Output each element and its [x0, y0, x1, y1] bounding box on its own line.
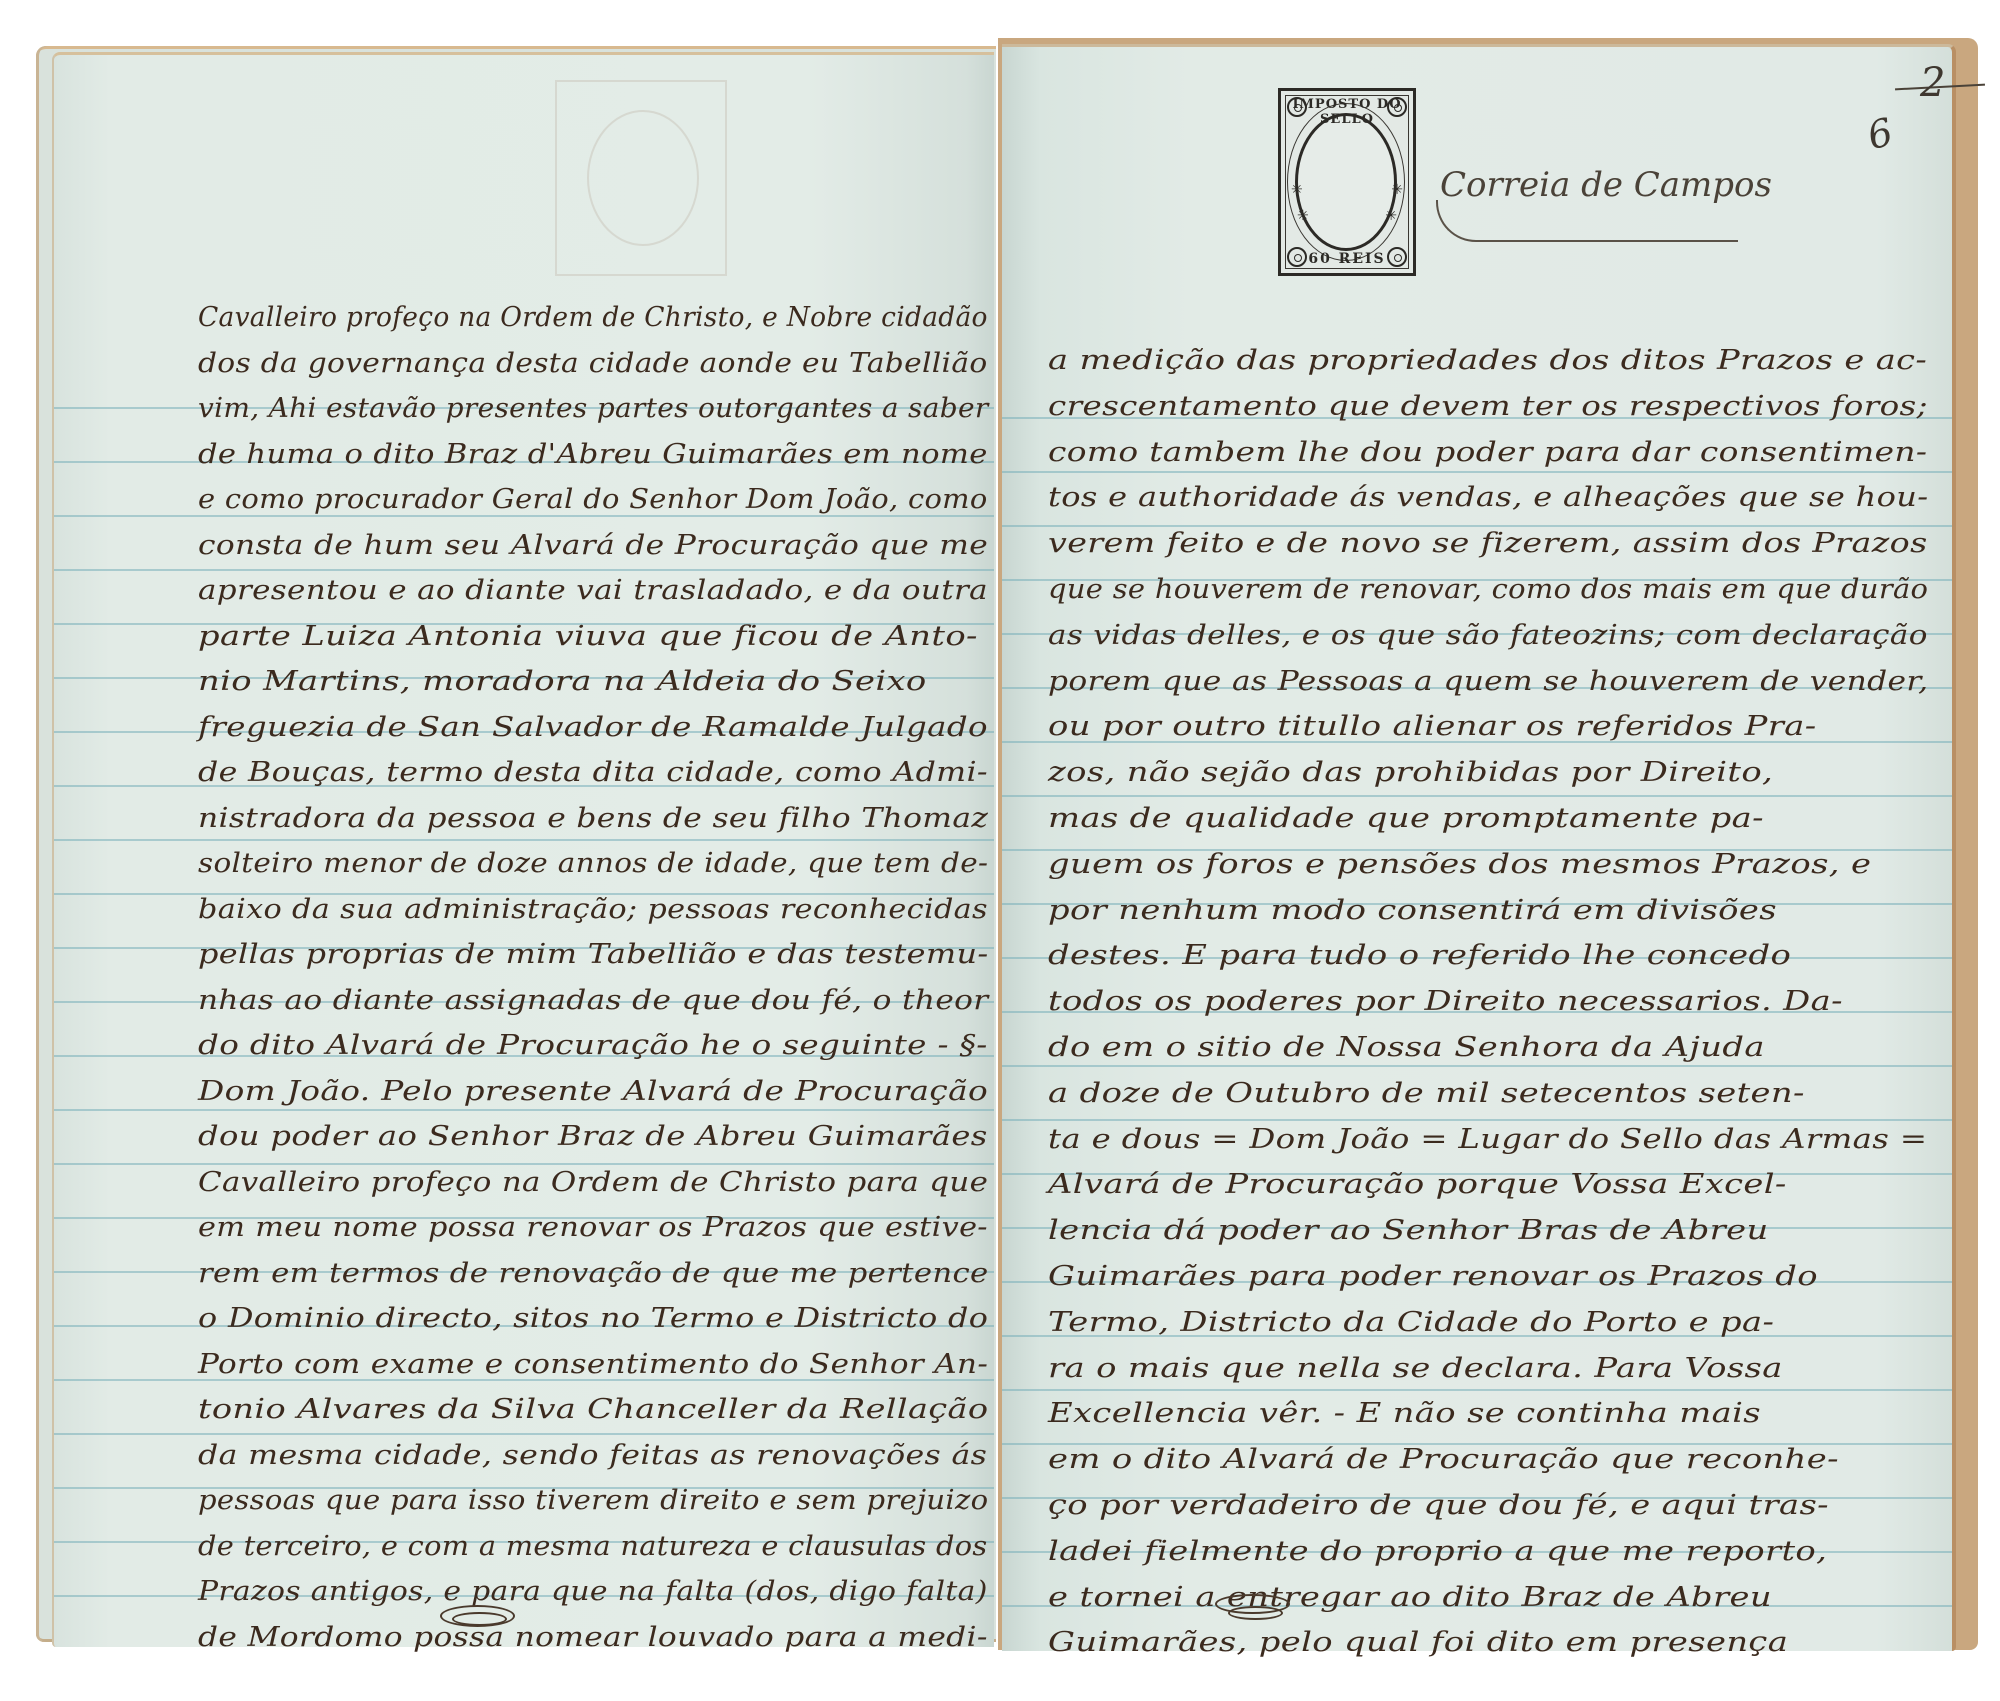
handwritten-line: e tornei a entregar ao dito Braz de Abre… [1048, 1582, 1772, 1613]
folio-number: 2 [1920, 60, 1945, 106]
handwritten-line: a medição das propriedades dos ditos Pra… [1048, 345, 1927, 376]
handwritten-line: mas de qualidade que promptamente pa- [1048, 803, 1764, 834]
handwritten-line: e como procurador Geral do Senhor Dom Jo… [198, 484, 988, 515]
handwritten-line: lencia dá poder ao Senhor Bras de Abreu [1048, 1215, 1769, 1246]
handwritten-line: verem feito e de novo se fizerem, assim … [1048, 528, 1928, 559]
handwritten-line: Termo, Districto da Cidade do Porto e pa… [1048, 1307, 1774, 1338]
handwritten-line: solteiro menor de doze annos de idade, q… [198, 848, 988, 879]
handwritten-line: vim, Ahi estavão presentes partes outorg… [198, 393, 989, 424]
star-icon: ✳ [1291, 183, 1303, 197]
handwritten-line: nio Martins, moradora na Aldeia do Seixo [198, 666, 927, 697]
handwritten-line: que se houverem de renovar, como dos mai… [1048, 574, 1928, 605]
open-manuscript-book: ✳ ✳ ✳ ✳ IMPOSTO DO SELLO 60 REIS Correia… [0, 0, 2000, 1701]
end-flourish-icon [1228, 1606, 1283, 1620]
handwritten-line: porem que as Pessoas a quem se houverem … [1048, 666, 1928, 697]
handwritten-line: Porto com exame e consentimento do Senho… [198, 1349, 988, 1380]
handwritten-line: em meu nome possa renovar os Prazos que … [198, 1212, 988, 1243]
handwritten-line: tos e authoridade ás vendas, e alheações… [1048, 482, 1928, 513]
star-icon: ✳ [1297, 209, 1309, 223]
handwritten-line: a doze de Outubro de mil setecentos sete… [1048, 1078, 1805, 1109]
handwritten-line: todos os poderes por Direito necessarios… [1048, 986, 1843, 1017]
handwritten-line: o Dominio directo, sitos no Termo e Dist… [198, 1303, 988, 1334]
handwritten-line: de Bouças, termo desta dita cidade, como… [198, 757, 988, 788]
handwritten-line: dos da governança desta cidade aonde eu … [198, 348, 988, 379]
handwritten-line: do dito Alvará de Procuração he o seguin… [198, 1030, 988, 1061]
handwritten-line: rem em termos de renovação de que me per… [198, 1258, 989, 1289]
handwritten-line: crescentamento que devem ter os respecti… [1048, 391, 1928, 422]
handwritten-line: as vidas delles, e os que são fateozins;… [1048, 620, 1928, 651]
handwritten-line: freguezia de San Salvador de Ramalde Jul… [198, 712, 988, 743]
handwritten-line: de huma o dito Braz d'Abreu Guimarães em… [198, 439, 988, 470]
handwritten-line: guem os foros e pensões dos mesmos Prazo… [1048, 849, 1871, 880]
handwritten-line: Cavalleiro profeço na Ordem de Christo, … [198, 302, 988, 333]
handwritten-line: do em o sitio de Nossa Senhora da Ajuda [1048, 1032, 1765, 1063]
star-icon: ✳ [1391, 183, 1403, 197]
handwritten-line: nistradora da pessoa e bens de seu filho… [198, 803, 988, 834]
handwritten-line: de terceiro, e com a mesma natureza e cl… [198, 1531, 987, 1562]
handwritten-line: ço por verdadeiro de que dou fé, e aqui … [1048, 1490, 1829, 1521]
handwritten-line: Dom João. Pelo presente Alvará de Procur… [198, 1076, 988, 1107]
handwritten-line: Guimarães, pelo qual foi dito em presenç… [1048, 1627, 1788, 1658]
handwritten-line: dou poder ao Senhor Braz de Abreu Guimar… [198, 1121, 988, 1152]
handwritten-line: destes. E para tudo o referido lhe conce… [1048, 940, 1791, 971]
handwritten-line: parte Luiza Antonia viuva que ficou de A… [198, 621, 978, 652]
handwritten-line: Guimarães para poder renovar os Prazos d… [1048, 1261, 1818, 1292]
star-icon: ✳ [1385, 209, 1397, 223]
handwritten-line: pessoas que para isso tiverem direito e … [198, 1485, 988, 1516]
handwritten-line: ra o mais que nella se declara. Para Vos… [1048, 1353, 1783, 1384]
signature: Correia de Campos [1440, 165, 1772, 205]
handwritten-line: pellas proprias de mim Tabellião e das t… [198, 939, 989, 970]
handwritten-line: da mesma cidade, sendo feitas as renovaç… [198, 1440, 987, 1471]
handwritten-line: por nenhum modo consentirá em divisões [1048, 895, 1777, 926]
handwritten-line: ladei fielmente do proprio a que me repo… [1048, 1536, 1827, 1567]
handwritten-line: em o dito Alvará de Procuração que recon… [1048, 1444, 1839, 1475]
handwritten-line: de Mordomo possa nomear louvado para a m… [198, 1622, 988, 1653]
stamp-title: IMPOSTO DO SELLO [1281, 97, 1413, 127]
handwritten-line: ta e dous = Dom João = Lugar do Sello da… [1048, 1124, 1927, 1155]
handwritten-line: Excellencia vêr. - E não se continha mai… [1048, 1398, 1761, 1429]
handwritten-line: tonio Alvares da Silva Chanceller da Rel… [198, 1394, 988, 1425]
handwritten-line: consta de hum seu Alvará de Procuração q… [198, 530, 988, 561]
handwritten-line: apresentou e ao diante vai trasladado, e… [198, 575, 988, 606]
stamp-value: 60 REIS [1281, 251, 1413, 267]
handwritten-line: nhas ao diante assignadas de que dou fé,… [198, 985, 989, 1016]
tax-stamp: ✳ ✳ ✳ ✳ IMPOSTO DO SELLO 60 REIS [1278, 88, 1416, 276]
stamp-oval [1295, 113, 1397, 251]
handwritten-line: como tambem lhe dou poder para dar conse… [1048, 437, 1927, 468]
signature-flourish [1436, 200, 1738, 242]
ghost-stamp-bleedthrough [555, 80, 727, 276]
end-flourish-icon [452, 1612, 507, 1626]
handwritten-line: Prazos antigos, e para que na falta (dos… [198, 1576, 988, 1607]
handwritten-line: ou por outro titullo alienar os referido… [1048, 711, 1817, 742]
handwritten-line: Cavalleiro profeço na Ordem de Christo p… [198, 1167, 988, 1198]
handwritten-line: zos, não sejão das prohibidas por Direit… [1048, 757, 1773, 788]
handwritten-line: baixo da sua administração; pessoas reco… [198, 894, 988, 925]
handwritten-line: Alvará de Procuração porque Vossa Excel- [1048, 1169, 1787, 1200]
